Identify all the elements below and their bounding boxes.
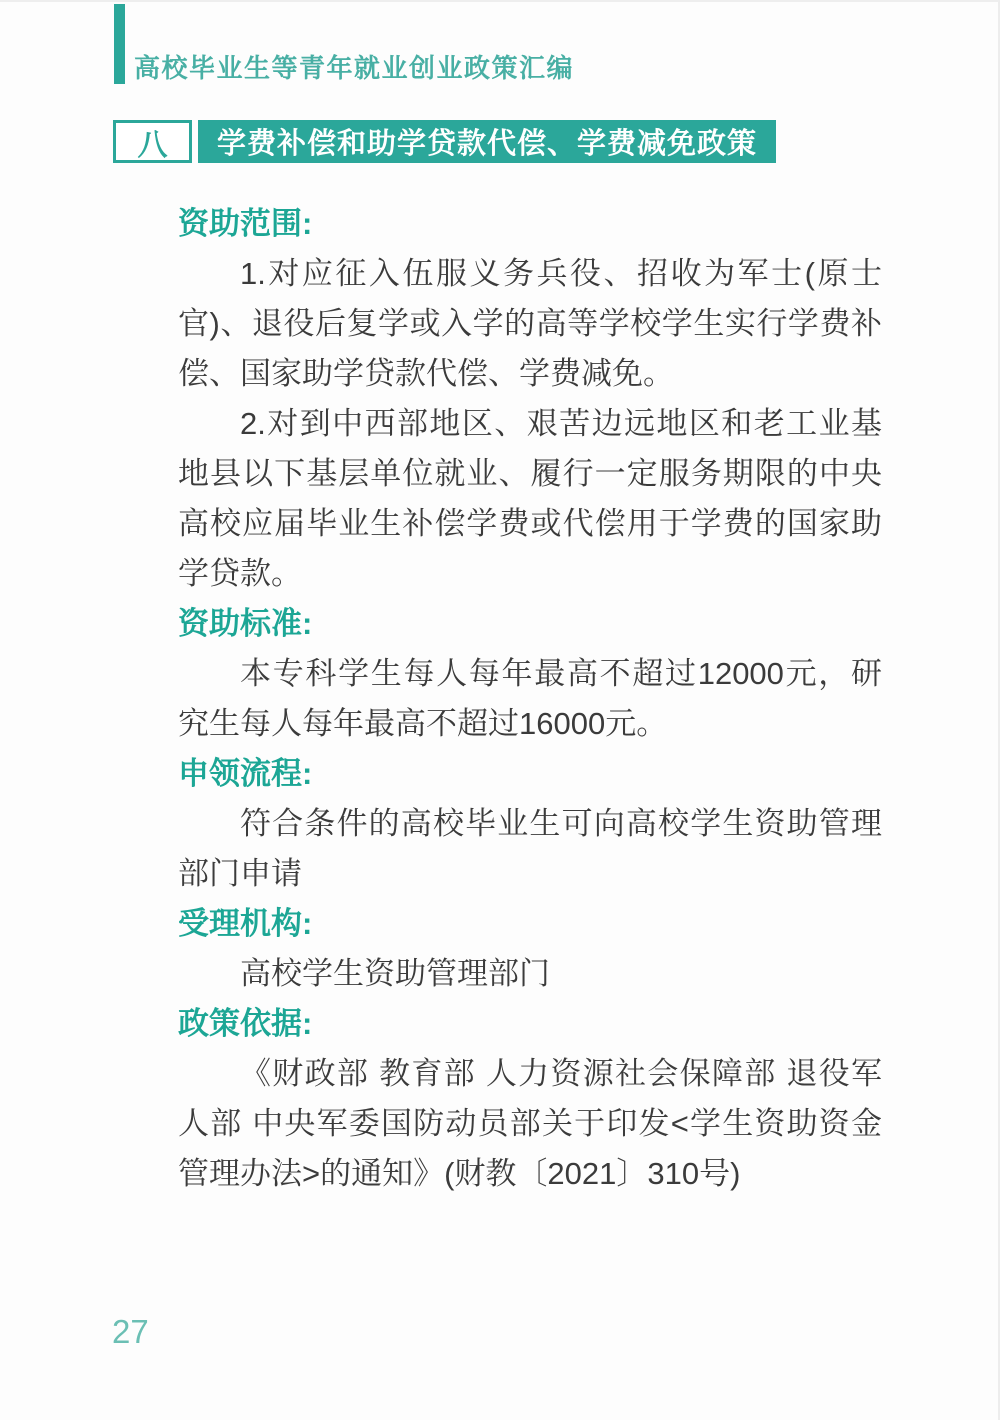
section-heading-accepting-agency: 受理机构:	[178, 899, 882, 949]
page-number: 27	[112, 1312, 149, 1352]
section-number: 八	[138, 120, 168, 164]
paragraph: 高校学生资助管理部门	[178, 949, 882, 999]
section-banner: 八 学费补偿和助学贷款代偿、学费减免政策	[113, 120, 776, 163]
document-header-title: 高校毕业生等青年就业创业政策汇编	[134, 48, 574, 85]
section-title: 学费补偿和助学贷款代偿、学费减免政策	[217, 121, 757, 162]
section-title-bar: 学费补偿和助学贷款代偿、学费减免政策	[198, 120, 776, 163]
section-heading-funding-standard: 资助标准:	[178, 599, 882, 649]
section-number-box: 八	[113, 120, 192, 163]
section-heading-application-process: 申领流程:	[178, 749, 882, 799]
document-page: 高校毕业生等青年就业创业政策汇编 八 学费补偿和助学贷款代偿、学费减免政策 资助…	[0, 0, 1000, 1420]
paragraph: 2.对到中西部地区、艰苦边远地区和老工业基地县以下基层单位就业、履行一定服务期限…	[178, 399, 882, 599]
paragraph: 1.对应征入伍服义务兵役、招收为军士(原士官)、退役后复学或入学的高等学校学生实…	[178, 249, 882, 399]
header-accent-bar	[114, 4, 125, 84]
section-heading-funding-scope: 资助范围:	[178, 199, 882, 249]
section-heading-policy-basis: 政策依据:	[178, 999, 882, 1049]
paragraph: 符合条件的高校毕业生可向高校学生资助管理部门申请	[178, 799, 882, 899]
paragraph: 本专科学生每人每年最高不超过12000元，研究生每人每年最高不超过16000元。	[178, 649, 882, 749]
content-area: 资助范围: 1.对应征入伍服义务兵役、招收为军士(原士官)、退役后复学或入学的高…	[178, 199, 882, 1199]
paragraph: 《财政部 教育部 人力资源社会保障部 退役军人部 中央军委国防动员部关于印发<学…	[178, 1049, 882, 1199]
